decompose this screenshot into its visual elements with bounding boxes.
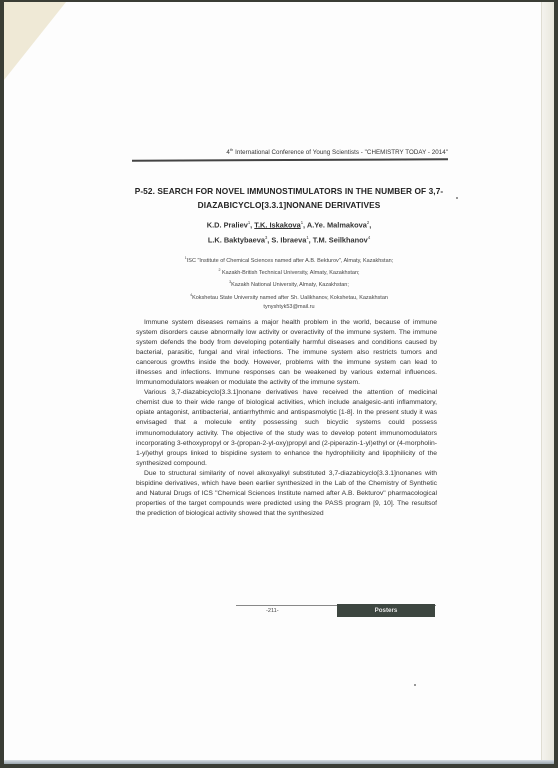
author-name: S. Ibraeva — [271, 236, 306, 245]
paper-title: P-52. SEARCH FOR NOVEL IMMUNOSTIMULATORS… — [130, 184, 448, 212]
author-name: L.K. Baktybaeva — [208, 236, 265, 245]
affiliation-item: 2 Kazakh-British Technical University, A… — [130, 266, 448, 278]
page-number: -211- — [266, 608, 279, 614]
author-name: A.Ye. Malmakova — [307, 220, 367, 229]
scan-speck — [456, 197, 458, 199]
section-label: Posters — [337, 604, 435, 617]
page-right-edge — [541, 2, 554, 764]
author-line-2: L.K. Baktybaeva3, S. Ibraeva1, T.M. Seil… — [130, 231, 448, 246]
body-paragraph: Immune system diseases remains a major h… — [136, 318, 437, 388]
header-rule — [132, 158, 448, 161]
scan-speck — [414, 684, 416, 686]
affiliation-item: 1ISC "Institute of Chemical Sciences nam… — [130, 254, 448, 266]
body-paragraph: Various 3,7-diazabicyclo[3.3.1]nonane de… — [136, 388, 437, 468]
paper-title-line-1: P-52. SEARCH FOR NOVEL IMMUNOSTIMULATORS… — [130, 184, 448, 198]
paper-title-line-2: DIAZABICYCLO[3.3.1]NONANE DERIVATIVES — [130, 198, 448, 212]
page-corner-shadow — [4, 2, 66, 80]
author-name: T.M. Seilkhanov — [313, 236, 368, 245]
author-affiliation-mark: 4 — [368, 235, 370, 240]
contact-email: tynyshtyk53@mail.ru — [130, 303, 448, 312]
author-list: K.D. Praliev1, T.K. Iskakova1, A.Ye. Mal… — [130, 216, 448, 247]
conference-name: International Conference of Young Scient… — [233, 149, 448, 156]
page-bottom-edge — [4, 760, 554, 764]
affiliation-item: 4Kokshetau State University named after … — [130, 291, 448, 303]
affiliation-list: 1ISC "Institute of Chemical Sciences nam… — [130, 254, 448, 312]
author-line-1: K.D. Praliev1, T.K. Iskakova1, A.Ye. Mal… — [130, 216, 448, 231]
presenting-author-name: T.K. Iskakova — [254, 220, 300, 229]
author-name: K.D. Praliev — [207, 220, 248, 229]
scanned-page: 4th International Conference of Young Sc… — [4, 2, 554, 764]
affiliation-item: 3Kazakh National University, Almaty, Kaz… — [130, 278, 448, 290]
running-header: 4th International Conference of Young Sc… — [130, 147, 448, 156]
abstract-body: Immune system diseases remains a major h… — [136, 318, 437, 519]
body-paragraph: Due to structural similarity of novel al… — [136, 469, 437, 519]
